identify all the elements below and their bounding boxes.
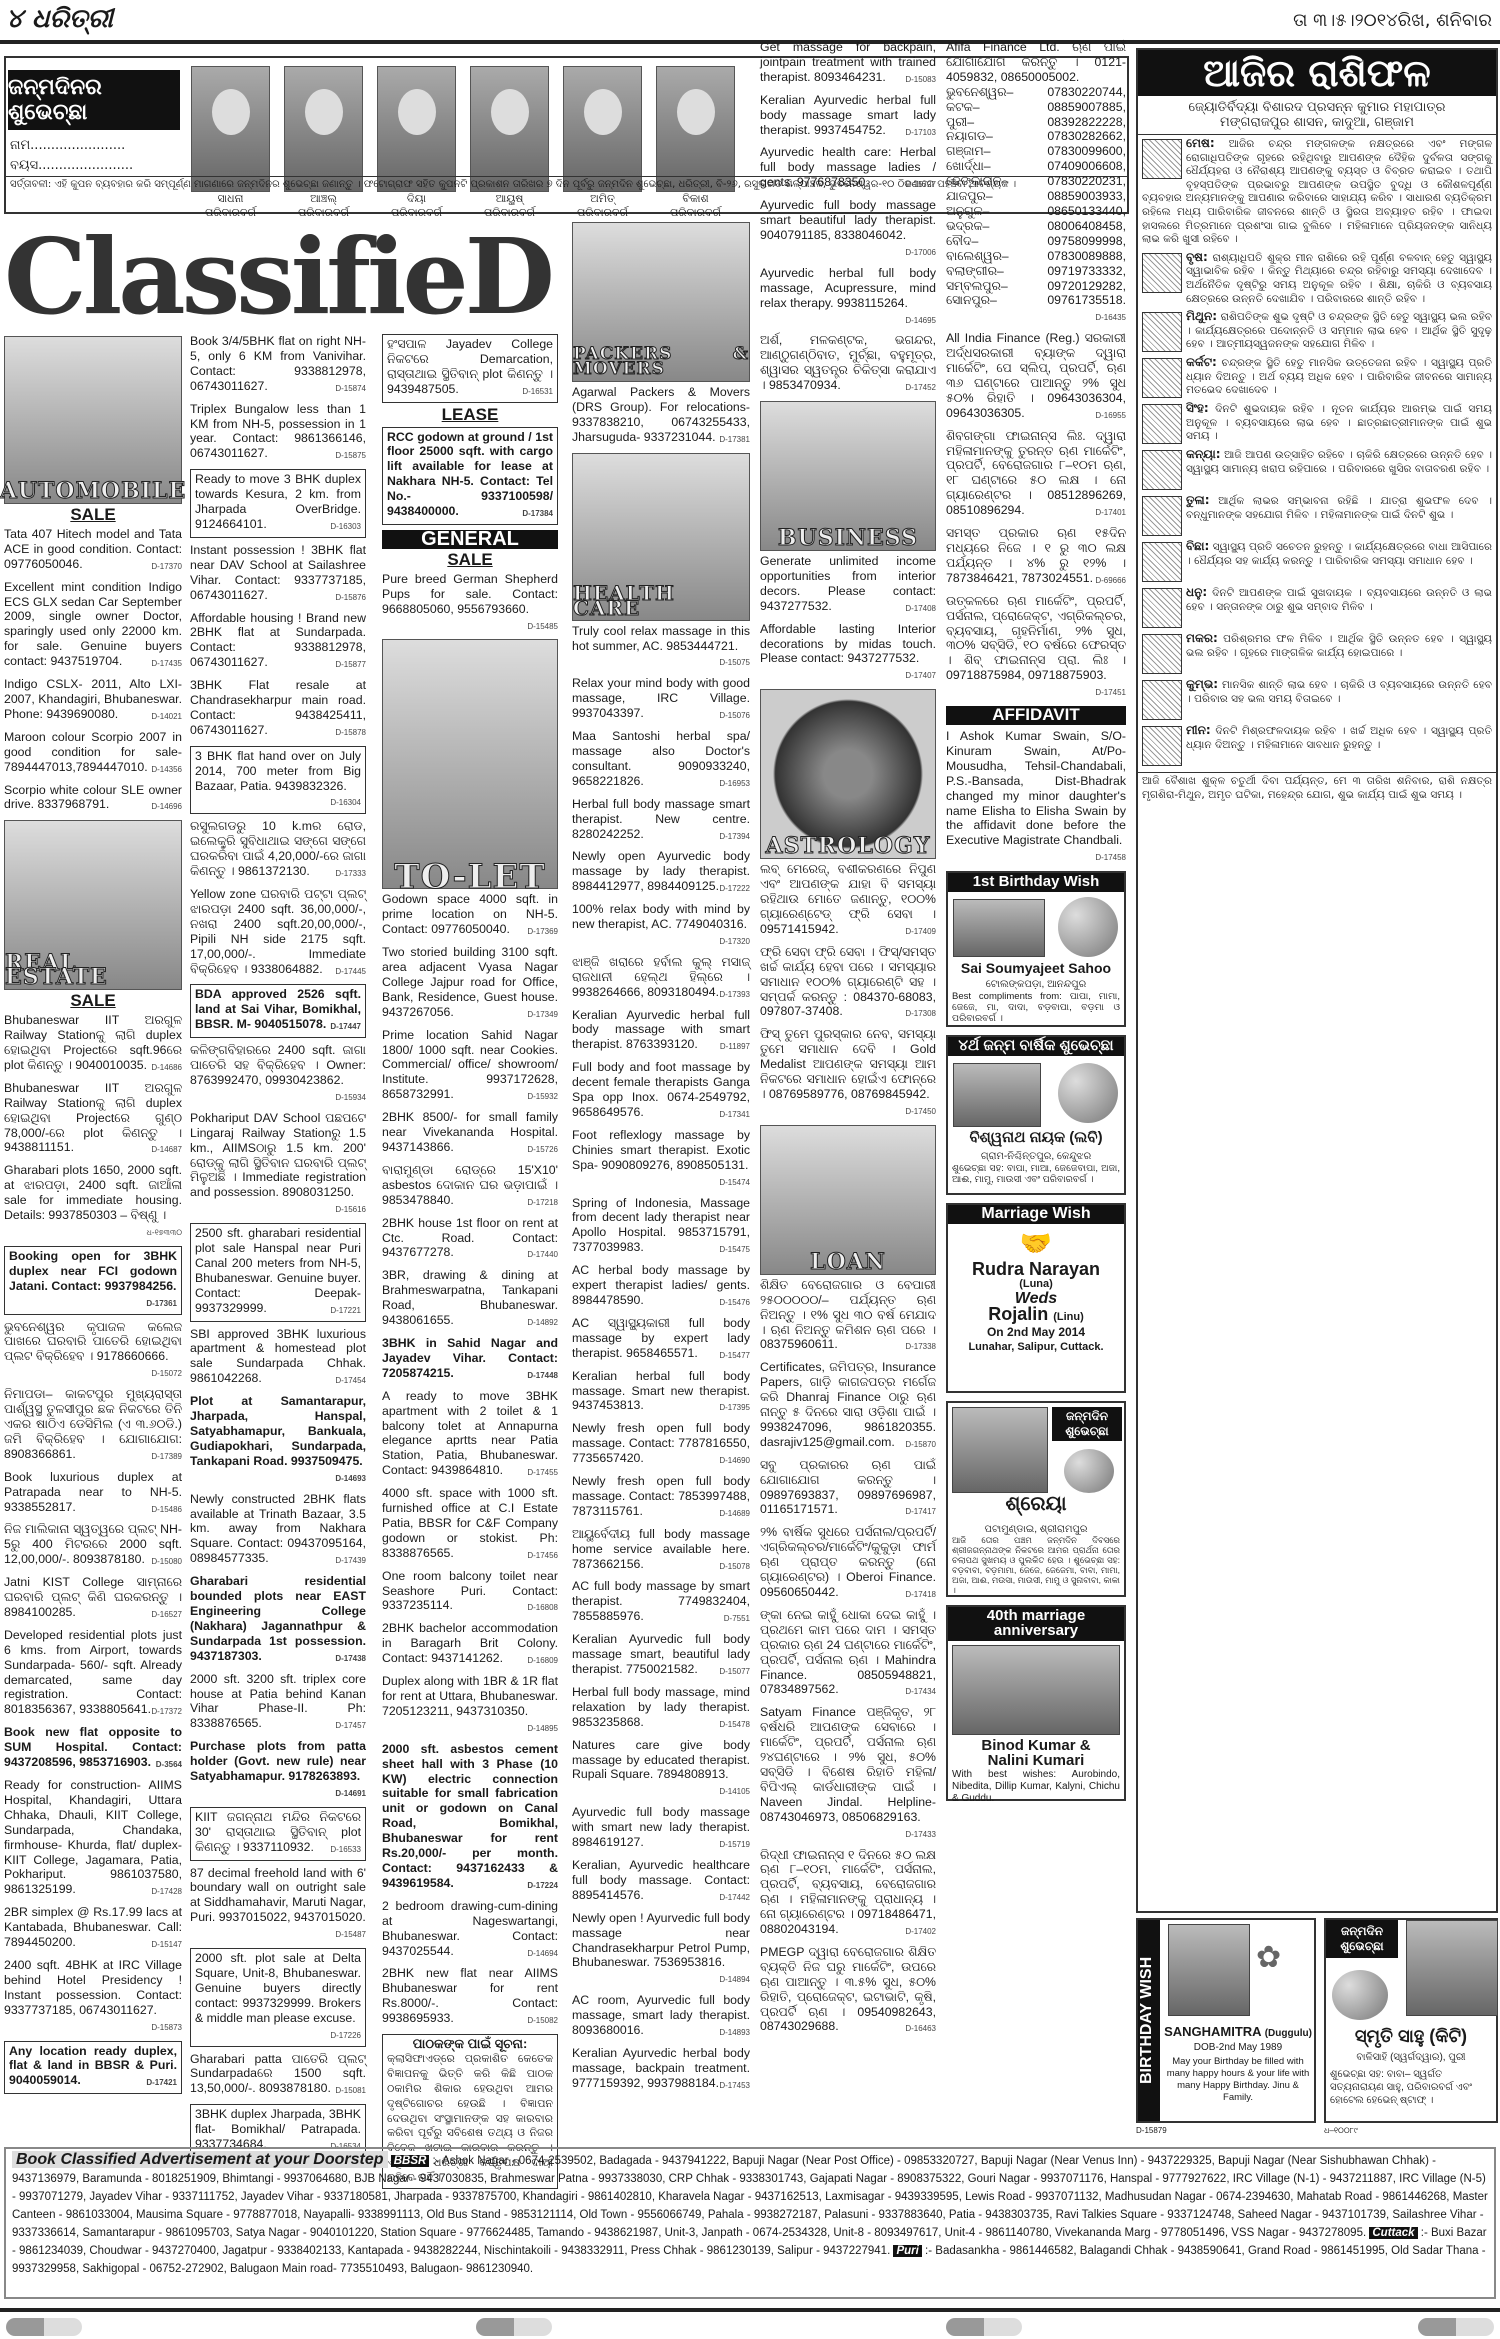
ad-text: ଶିବଗଙ୍ଗା ଫାଇନାନ୍ସ ଲିଃ. ଦ୍ୱାରା ମହିଳାମାନଙ୍… (946, 429, 1126, 518)
classified-ad: PMEGP ଦ୍ୱାରା ବେରୋଜଗାର ଶିକ୍ଷିତ ବ୍ୟକ୍ତି ନି… (760, 1945, 936, 2037)
portrait-photo (377, 66, 456, 192)
ad-id: D-15727 (905, 178, 936, 193)
region-label: BBSR (391, 2155, 430, 2167)
classified-ad: ଅର୍ଶ, ମଳକଣ୍ଟକ, ଭଗନ୍ଦର, ଆଣ୍ଠୁଗଣ୍ଠିବାତ, ମୁ… (760, 333, 936, 396)
classified-ad: Godown space 4000 sqft. in prime locatio… (382, 892, 558, 940)
masthead: ୪ ଧରିତ୍ରୀ ତା ୩।୫।୨୦୧୪ରିଖ, ଶନିବାର (0, 0, 1500, 44)
classified-ad: Foot reflexlogy massage by Chinies smart… (572, 1128, 750, 1191)
ad-id: D-17333 (335, 867, 366, 882)
branch-row: ପୁରୀ–08392822228, (946, 115, 1126, 130)
classified-ad: Ayurvedic herbal full body massage, Acup… (760, 266, 936, 329)
classified-ad: 2BHK house 1st floor on rent at Ctc. Roa… (382, 1216, 558, 1264)
ad-id: D-17361 (146, 1297, 177, 1312)
branch-city: ଭଦ୍ରକ– (946, 219, 989, 234)
classified-ad: 2000 sft. asbestos cement sheet hall wit… (382, 1742, 558, 1894)
ad-id: D-15878 (335, 726, 366, 741)
portrait-photo (563, 66, 642, 192)
ad-id: D-3564 (156, 1758, 182, 1773)
ad-id: D-17402 (905, 1925, 936, 1940)
classified-ad: ସବୁ ପ୍ରକାରର ଋଣ ପାଇଁ ଯୋଗାଯୋଗ କରନ୍ତୁ । 098… (760, 1458, 936, 1521)
ad-id: D-15873 (151, 2021, 182, 2036)
ad-id: D-17341 (719, 1108, 750, 1123)
ad-id: D-17439 (335, 1554, 366, 1569)
column-property: Book 3/4/5BHK flat on right NH-5, only 6… (190, 334, 366, 2163)
classified-ad: ଉତ୍କଳରେ ଋଣ ମାର୍କେଟିଂ, ପ୍ରପର୍ଟି, ପର୍ସନାଲ,… (946, 594, 1126, 701)
ad-text: Satyam Finance ପଞ୍ଜିକୃତ, ୨୮ ବର୍ଷଧରି ଆପଣଙ… (760, 1705, 936, 1823)
zodiac-icon (1142, 634, 1182, 674)
child-photo (1406, 1920, 1498, 2016)
ad-id: D-17409 (905, 925, 936, 940)
child-photo (952, 1407, 1048, 1493)
classified-ad: Gharabari patta ପାତେରି ପ୍ଲଟ୍ Sundarpadaର… (190, 2052, 366, 2100)
classified-ad: କଳିଙ୍ଗବିହାରରେ 2400 sqft. ଜାଗା ପାତେରି ସହ … (190, 1043, 366, 1106)
classified-ad: Natures care give body massage by educat… (572, 1738, 750, 1801)
branch-city: ଯାଜପୁର– (946, 189, 993, 204)
ad-text: Ready for construction- AIIMS Hospital, … (4, 1778, 182, 1896)
classified-ad: ଆୟୁର୍ବେଦୀୟ full body massage home servic… (572, 1527, 750, 1575)
ad-text: Pokhariput DAV School ପଛପଟେ Lingaraj Rai… (190, 1111, 366, 1200)
ad-id: D-11897 (720, 1040, 750, 1055)
ad-id: D-17320 (719, 935, 750, 950)
ad-id: D-17421 (146, 2076, 177, 2091)
classified-ad: Truly cool relax massage in this hot sum… (572, 624, 750, 672)
classified-ad: Pure breed German Shepherd Pups for sale… (382, 572, 558, 635)
zodiac-icon (1142, 542, 1182, 582)
footer-heading: Book Classified Advertisement at your Do… (12, 2151, 388, 2168)
ad-id: D-15934 (335, 1091, 366, 1106)
anniversary-wish: 40th marriage anniversary Binod Kumar & … (946, 1605, 1126, 1801)
ad-id: D-17369 (527, 925, 558, 940)
zodiac-name: ସିଂହ: (1186, 401, 1209, 415)
classified-ad: 2BHK new flat near AIIMS Bhubaneswar for… (382, 1966, 558, 2029)
astrology-banner: ASTROLOGY (760, 689, 936, 859)
classified-ad: 3BHK in Sahid Nagar and Jayadev Vihar. C… (382, 1336, 558, 1384)
classified-ad: ଫ୍ରି ସେବା ଫ୍ରି ସେବା । ଫିସ୍/ସମସ୍ତ ଖର୍ଚ୍ଚ … (760, 945, 936, 1023)
ad-id: D-14695 (905, 314, 936, 329)
classified-ad: ଭୁବନେଶ୍ୱର କୃପାଜଳ କଲେଜ ପାଖରେ ଘରବାରି ପାତେର… (4, 1320, 182, 1383)
branch-phone: 09758099998, (1047, 234, 1126, 249)
branch-city: ସମ୍ବଲପୁର– (946, 279, 1008, 294)
classified-ad: ୨% ବାର୍ଷିକ ସୁଧରେ ପର୍ସନାଲ/ପ୍ରପର୍ଟି/ ଏଗ୍ରି… (760, 1525, 936, 1603)
branch-city: ବୌଦ– (946, 234, 978, 249)
portrait-photo (191, 66, 270, 192)
ad-text: କଳିଙ୍ଗବିହାରରେ 2400 sqft. ଜାଗା ପାତେରି ସହ … (190, 1043, 366, 1087)
balloons-icon (1332, 1970, 1388, 2020)
zodiac-name: ମକର: (1186, 631, 1218, 645)
branch-city: କଟକ– (946, 100, 980, 115)
ad-id: D-15877 (335, 658, 366, 673)
ad-id: D-15486 (151, 1503, 182, 1518)
ad-text: Gharabari residential bounded plots near… (190, 1574, 366, 1663)
zodiac-name: କର୍କଟ: (1186, 355, 1217, 369)
panchanga-note: ଆଜି ବୈଶାଖ ଶୁକ୍ଳ ଚତୁର୍ଥୀ ଦିବା ପର୍ଯ୍ୟନ୍ତ, … (1138, 772, 1496, 804)
column-finance-wishes: Afifa Finance Ltd. ଋଣ ପାଇଁ ଯୋଗାଯୋଗ କରନ୍ତ… (946, 40, 1126, 1809)
column-lease-general: ହଂସପାଳ Jayadev College ନିକଟରେ Demarcatio… (382, 334, 558, 2189)
ad-text: 100% relax body with mind by new therapi… (572, 902, 750, 931)
child-photo (953, 899, 1045, 957)
classified-ad: Ayurvedic full body massage smart beauti… (760, 198, 936, 261)
classified-ad: Excellent mint condition Indigo ECS GLX … (4, 580, 182, 672)
side-label: BIRTHDAY WISH (1138, 1920, 1160, 2121)
banner-label: LOAN (810, 1255, 886, 1270)
classified-ad: 2BHK bachelor accommodation in Baragarh … (382, 1621, 558, 1669)
branch-row: ବଲାଙ୍ଗୀର–09719733332, (946, 264, 1126, 279)
ad-id: D-17457 (335, 1719, 366, 1734)
ad-id: D-7551 (724, 1612, 750, 1627)
ad-id: D-17445 (335, 965, 366, 980)
ad-id: D-15082 (527, 2014, 558, 2029)
classified-ad: Prime location Sahid Nagar 1800/ 1000 sq… (382, 1028, 558, 1106)
ad-id: D-17308 (905, 1007, 936, 1022)
classified-ad: Book luxurious duplex at Patrapada near … (4, 1470, 182, 1518)
zodiac-entry: ମେଷ: ଆଜିର ଚନ୍ଦ୍ର ମଙ୍ଗଳଙ୍କ ନକ୍ଷତ୍ରରେ ଏବଂ … (1138, 135, 1496, 249)
ad-id: D-17006 (905, 246, 936, 261)
zodiac-icon (1142, 253, 1182, 293)
branch-row: ଅନୁଗୁଳ–08650133440, (946, 204, 1126, 219)
section-heading: SALE (4, 994, 182, 1009)
classified-ad: Newly fresh open full body massage. Cont… (572, 1421, 750, 1469)
classified-ad: 2BR simplex @ Rs.17.99 lacs at Kantabada… (4, 1905, 182, 1953)
banner-label: PACKERS & MOVERS (573, 347, 749, 377)
ad-text: All India Finance (Reg.) ସରକାରୀ ଅର୍ଦ୍ଧସର… (946, 331, 1126, 420)
ad-list: ଲବ୍ ମେରେଜ୍, ବଶୀକରଣରେ ନିପୁଣ ଏବଂ ଆପଣଙ୍କ ଯା… (760, 862, 936, 1120)
ad-id: D-17381 (719, 433, 750, 448)
classified-ad: 3BR, drawing & dining at Brahmeswarpatna… (382, 1268, 558, 1331)
page-label: ୪ ଧରିତ୍ରୀ (6, 4, 113, 35)
zodiac-text: ରାଶିପତିଙ୍କ ଶୁଭ ଦୃଷ୍ଟି ଓ ଚନ୍ଦ୍ରଙ୍କ ସ୍ଥିତି… (1186, 311, 1492, 350)
ad-id: D-14689 (719, 1507, 750, 1522)
classified-ad: ଶିକ୍ଷିତ ବେରୋଜଗାର ଓ ବେପାରୀ ୨୫୦୦୦୦୦/– ପର୍ଯ… (760, 1278, 936, 1356)
classified-ad: Affordable housing ! Brand new 2BHK flat… (190, 611, 366, 674)
branch-phone: 07409006608, (1047, 159, 1126, 174)
notice-title: ପାଠକଙ୍କ ପାଇଁ ସୂଚନା: (387, 2037, 553, 2052)
shreya-birthday-wish: ଜନ୍ମଦିନ ଶୁଭେଚ୍ଛା ଶ୍ରେୟା ପଟାମୁଣ୍ଡାଇ, ଶ୍ରୀ… (946, 1401, 1126, 1597)
smruti-birthday-wish: ଜନ୍ମଦିନ ଶୁଭେଚ୍ଛା ସ୍ମୃତି ସାହୁ (କିଟି) ବାଳି… (1324, 1918, 1498, 2123)
ad-list: Bhubaneswar IIT ଅରଗୁଳ Railway Stationକୁ … (4, 1013, 182, 2094)
ad-text: Excellent mint condition Indigo ECS GLX … (4, 580, 182, 669)
branch-phone: 08859007885, (1047, 100, 1126, 115)
health-care-banner: HEALTH CARE (572, 453, 750, 621)
classified-ad: SBI approved 3BHK luxurious apartment & … (190, 1327, 366, 1390)
classified-ad: ହଂସପାଳ Jayadev College ନିକଟରେ Demarcatio… (382, 334, 558, 403)
classified-ad: ଝାଞ୍ଜି ଖରାରେ ହର୍ବାଲ କୁଲ୍ ମସାଜ୍ ରାଜଧାନୀ ହ… (572, 955, 750, 1003)
zodiac-entry: ମିଥୁନ: ରାଶିପତିଙ୍କ ଶୁଭ ଦୃଷ୍ଟି ଓ ଚନ୍ଦ୍ରଙ୍କ… (1138, 308, 1496, 354)
classified-ad: Book new flat opposite to SUM Hospital. … (4, 1725, 182, 1773)
ad-id: D-17440 (527, 1248, 558, 1263)
branch-row: ଭଦ୍ରକ–08006408458, (946, 219, 1126, 234)
classified-ad: One room balcony toilet near Seashore Pu… (382, 1569, 558, 1617)
ad-id: D-14356 (151, 763, 182, 778)
branch-city: ପୁରୀ– (946, 115, 974, 130)
wish-name: Sai Soumyajeet Sahoo (948, 961, 1124, 976)
classified-ad: KIIT ଜଗନ୍ନାଥ ମନ୍ଦିର ନିକଟରେ 30' ରାସ୍ତାଥାଇ… (190, 1807, 366, 1861)
ad-text: ଙ୍କା ନେଇ କାହୁଁ ଧୋକା ଦେଇ କାହୁଁ । ପ୍ରଥମେ କ… (760, 1608, 936, 1697)
wish-heading: Marriage Wish (948, 1205, 1124, 1224)
ad-id: D-17389 (151, 1450, 182, 1465)
ad-id: D-15076 (719, 709, 750, 724)
packers-movers-banner: PACKERS & MOVERS (572, 222, 750, 382)
balloons-icon (1058, 1063, 1118, 1123)
ad-list: Agarwal Packers & Movers (DRS Group). Fo… (572, 385, 750, 448)
classified-ad: Booking open for 3BHK duplex near FCI go… (4, 1246, 182, 1315)
zodiac-text: ଦିନଟି ଆପଣଙ୍କ ପାଇଁ ସୁଖଦାୟକ । ବ୍ୟବସାୟରେ ଉନ… (1186, 587, 1492, 613)
ad-list: Godown space 4000 sqft. in prime locatio… (382, 892, 558, 2029)
ad-text: ଫିସ୍ ତୁମେ ପୁରସ୍କାର ନେବ, ସମସ୍ୟା ତୁମେ ସମାଧ… (760, 1027, 936, 1101)
ad-id: D-15083 (905, 73, 936, 88)
ad-id: D-16527 (151, 1608, 182, 1623)
ad-id: D-14105 (719, 1785, 750, 1800)
ad-id: D-17395 (719, 1401, 750, 1416)
zodiac-icon (1142, 726, 1182, 766)
ad-id: D-17417 (905, 1505, 936, 1520)
ad-id: D-15072 (151, 1367, 182, 1382)
zodiac-entry: ତୁଳା: ଆର୍ଥିକ ଲାଭର ସମ୍ଭାବନା ରହିଛି । ଯାତ୍ର… (1138, 492, 1496, 538)
banner-label: REAL ESTATE (5, 956, 181, 986)
classified-ad: RCC godown at ground / 1st floor 25000 s… (382, 427, 558, 525)
ad-id: D-17401 (1095, 506, 1126, 521)
zodiac-icon (1142, 404, 1182, 444)
classified-ad: Book 3/4/5BHK flat on right NH-5, only 6… (190, 334, 366, 397)
ad-id: D-15487 (335, 1928, 366, 1943)
couple-photo (952, 1645, 1120, 1735)
ad-list: RCC godown at ground / 1st floor 25000 s… (382, 427, 558, 525)
astrologer-byline: ଜ୍ୟୋତିର୍ବିଦ୍ୟା ବିଶାରଦ ପ୍ରସନ୍ନ କୁମାର ମହାପ… (1138, 96, 1496, 135)
ad-text: Ayurvedic herbal full body massage, Acup… (760, 266, 936, 310)
handshake-icon: 🤝 (948, 1224, 1124, 1262)
ad-text: PMEGP ଦ୍ୱାରା ବେରୋଜଗାର ଶିକ୍ଷିତ ବ୍ୟକ୍ତି ନି… (760, 1945, 936, 2034)
ad-id: D-17450 (905, 1105, 936, 1120)
ad-id: D-17442 (719, 1891, 750, 1906)
wish-message: With best wishes: Aurobindo, Nibedita, D… (948, 1769, 1124, 1805)
zodiac-entry: ମୀନ: ଦିନଟି ମିଶ୍ରଫଳଦାୟକ ରହିବ । ଖର୍ଚ୍ଚ ଅଧି… (1138, 722, 1496, 768)
zodiac-name: ମେଷ: (1186, 136, 1215, 150)
zodiac-text: ମାନସିକ ଶାନ୍ତି ଲାଭ ହେବ । ଚାକିରି ଓ ବ୍ୟବସାୟ… (1186, 679, 1492, 705)
ad-text: Pure breed German Shepherd Pups for sale… (382, 572, 558, 616)
wish-name: SANGHAMITRA (1164, 2024, 1261, 2039)
classified-ad: Maa Santoshi herbal spa/ massage also Do… (572, 729, 750, 792)
ad-text: Ayurvedic full body massage smart beauti… (760, 198, 936, 242)
zodiac-text: ଆଜି ଆପଣ ଉତ୍ସାହିତ ରହିବେ । ଚାକିରି କ୍ଷେତ୍ରର… (1186, 449, 1492, 475)
section-heading: SALE (382, 553, 558, 568)
ad-id: D-17447 (330, 1020, 361, 1035)
zodiac-icon (1142, 312, 1182, 352)
wedding-date: On 2nd May 2014 (948, 1325, 1124, 1340)
wish-message: ଆଜି ତୋର ପଞ୍ଚମ ଜନ୍ମଦିନ ଦିବସରେ ଶ୍ରୀଜଗନ୍ନାଥ… (952, 1535, 1120, 1595)
ad-text: 2000 sft. plot sale at Delta Square, Uni… (195, 1951, 361, 2025)
wish-heading: ୪ର୍ଥ ଜନ୍ମ ବାର୍ଷିକ ଶୁଭେଚ୍ଛା (948, 1037, 1124, 1056)
branch-phone: 07830099600, (1047, 144, 1126, 159)
classified-ad: 2500 sft. gharabari residential plot sal… (190, 1223, 366, 1321)
region-label: Puri (893, 2245, 921, 2257)
ad-id: D-17103 (905, 126, 936, 141)
zodiac-entry: ବିଛା: ସ୍ୱାସ୍ଥ୍ୟ ପ୍ରତି ସଚେତନ ରୁହନ୍ତୁ । କା… (1138, 538, 1496, 584)
classified-ad: ସମସ୍ତ ପ୍ରକାର ଋଣ ୧୫ଦିନ ମଧ୍ୟରେ ନିଜେ । ୧ ରୁ… (946, 526, 1126, 589)
ad-id: D-17393 (719, 988, 750, 1003)
classified-ad: Keralian Ayurvedic herbal full body mass… (572, 1008, 750, 1056)
ad-text: Affordable lasting Interior decorations … (760, 622, 936, 666)
ad-text: ଭୁବନେଶ୍ୱର କୃପାଜଳ କଲେଜ ପାଖରେ ଘରବାରି ପାତେର… (4, 1320, 182, 1364)
ad-id: D-14894 (719, 1973, 750, 1988)
finance-intro: Afifa Finance Ltd. ଋଣ ପାଇଁ ଯୋଗାଯୋଗ କରନ୍ତ… (946, 40, 1126, 85)
classified-ad: Certificates, ଜମିପତ୍ର, Insurance Papers,… (760, 1360, 936, 1452)
portrait-photo (656, 66, 735, 192)
ad-id: D-17384 (522, 507, 553, 522)
classified-ad: Yellow zone ଘରବାରି ପଟ୍ଟା ପ୍ଲଟ୍ ଝାରପଡ଼ା 2… (190, 887, 366, 979)
zodiac-text: ଆଜିର ଚନ୍ଦ୍ର ମଙ୍ଗଳଙ୍କ ନକ୍ଷତ୍ରରେ ଏବଂ ମଙ୍ଗଳ… (1142, 138, 1492, 245)
ad-id: D-17428 (151, 1885, 182, 1900)
zodiac-entry: ବୃଷ: ରାଶ୍ୟାଧିପତି ଶୁକ୍ର ମୀନ ରାଶିରେ ରହି ପୂ… (1138, 249, 1496, 308)
banner-label: TO-LET (394, 870, 545, 885)
classified-ad: Duplex along with 1BR & 1R flat for rent… (382, 1674, 558, 1737)
classified-ad: ଲବ୍ ମେରେଜ୍, ବଶୀକରଣରେ ନିପୁଣ ଏବଂ ଆପଣଙ୍କ ଯା… (760, 862, 936, 940)
ad-id: D-17221 (330, 1304, 361, 1319)
classified-ad: Herbal full body massage, mind relaxatio… (572, 1685, 750, 1733)
ad-id: D-17451 (1095, 686, 1126, 701)
ad-list: Tata 407 Hitech model and Tata ACE in go… (4, 527, 182, 815)
branch-phone: 08650133440, (1047, 204, 1126, 219)
classified-ad: 2400 sqft. 4BHK at IRC Village behind Ho… (4, 1958, 182, 2036)
ad-id: D-15080 (151, 1555, 182, 1570)
loan-banner: LOAN (760, 1125, 936, 1275)
classified-ad: Keralian herbal full body massage. Smart… (572, 1369, 750, 1417)
classified-ad: Keralian Ayurvedic herbal full body mass… (760, 93, 936, 141)
ad-text: Yellow zone ଘରବାରି ପଟ୍ଟା ପ୍ଲଟ୍ ଝାରପଡ଼ା 2… (190, 887, 366, 976)
ad-id: D-14686 (151, 1061, 182, 1076)
classified-ad: AC herbal body massage by expert therapi… (572, 1263, 750, 1311)
wish-message: ଶୁଭେଚ୍ଛା ସହ: ବାପା, ମାଆ, ଜେଜେବାପା, ଅଜା, ଆ… (952, 1163, 1120, 1185)
ad-id: D-15147 (151, 1938, 182, 1953)
ad-id: D-15726 (527, 1143, 558, 1158)
ad-text: Truly cool relax massage in this hot sum… (572, 624, 750, 653)
affidavit-heading: AFFIDAVIT (946, 706, 1126, 725)
marriage-wish: Marriage Wish 🤝 Rudra Narayan (Luna) Wed… (946, 1203, 1126, 1393)
column-business-astro-loan: Get massage for backpain, jointpain trea… (760, 40, 936, 2042)
balloons-icon (1058, 897, 1118, 957)
ad-id: D-17456 (527, 1549, 558, 1564)
zodiac-name: ବିଛା: (1186, 539, 1209, 553)
classified-ad: Gharabari residential bounded plots near… (190, 1574, 366, 1666)
ad-id: D-17224 (527, 1879, 558, 1894)
wish-name: ଶ୍ରେୟା (948, 1497, 1124, 1512)
wish-message: ଶୁଭେଚ୍ଛା ସହ: ବାବା– ସ୍ୱର୍ଗତ ସତ୍ୟନାରାୟଣ ସା… (1330, 2068, 1492, 2107)
branch-phone: 08006408458, (1047, 219, 1126, 234)
ad-id: D-15477 (719, 1349, 750, 1364)
branch-list: ଭୁବନେଶ୍ୱର–07830220744,କଟକ–08859007885,ପୁ… (946, 85, 1126, 309)
name-field: ନାମ....................... (10, 138, 125, 153)
ad-text: Duplex along with 1BR & 1R flat for rent… (382, 1674, 558, 1718)
astrologer-name: ଜ୍ୟୋତିର୍ବିଦ୍ୟା ବିଶାରଦ ପ୍ରସନ୍ନ କୁମାର ମହାପ… (1142, 100, 1492, 115)
ad-id: D-17338 (905, 1340, 936, 1355)
classified-ad: Instant possession ! 3BHK flat near DAV … (190, 543, 366, 606)
ad-list: Pure breed German Shepherd Pups for sale… (382, 572, 558, 635)
portrait-photo (284, 66, 363, 192)
ad-id: D-14694 (527, 1947, 558, 1962)
classified-ad: 2000 sft. 3200 sft. triplex core house a… (190, 1672, 366, 1735)
ad-id: D-14893 (719, 2026, 750, 2041)
ad-text: 3 BHK flat hand over on July 2014, 700 m… (195, 749, 361, 793)
classified-ad: 4000 sft. space with 1000 sft. furnished… (382, 1486, 558, 1564)
ad-id: D-17226 (330, 2029, 361, 2044)
ad-id: D-15485 (527, 620, 558, 635)
classified-ad: ନିମାପଡା– କାକଟପୁର ମୁଖ୍ୟରାସ୍ତା ପାର୍ଶ୍ୱସ୍ଥ … (4, 1387, 182, 1465)
zodiac-entry: କର୍କଟ: ଚନ୍ଦ୍ରଙ୍କ ସ୍ଥିତି ହେତୁ ମାନସିକ ଉତ୍ତ… (1138, 354, 1496, 400)
classified-ad: 100% relax body with mind by new therapi… (572, 902, 750, 950)
ad-id: D-17448 (527, 1369, 558, 1384)
zodiac-name: ଧନୁ: (1186, 585, 1207, 599)
classified-ad: Indigo CSLX- 2011, Alto LXI-2007, Khanda… (4, 677, 182, 725)
classified-ad: 3 BHK flat hand over on July 2014, 700 m… (190, 746, 366, 815)
zodiac-icon (1142, 496, 1182, 536)
ad-id: D-69666 (1095, 574, 1126, 589)
ad-id: D-17394 (719, 830, 750, 845)
sanghamitra-birthday-wish: BIRTHDAY WISH ✿ SANGHAMITRA (Duggulu) DO… (1136, 1918, 1316, 2123)
portrait-photo (1168, 1924, 1250, 2016)
classified-ad: Spring of Indonesia, Massage from decent… (572, 1196, 750, 1259)
classified-ad: Newly fresh open full body massage. Cont… (572, 1474, 750, 1522)
branch-city: ଖୋର୍ଦ୍ଧା– (946, 159, 991, 174)
classified-ad: ଫିସ୍ ତୁମେ ପୁରସ୍କାର ନେବ, ସମସ୍ୟା ତୁମେ ସମାଧ… (760, 1027, 936, 1119)
classified-ad: Developed residential plots just 6 kms. … (4, 1628, 182, 1720)
groom-name: Rudra Narayan (948, 1262, 1124, 1277)
ad-text: Certificates, ଜମିପତ୍ର, Insurance Papers,… (760, 1360, 936, 1449)
ad-id: D-16463 (905, 2022, 936, 2037)
ad-id: D-15875 (335, 449, 366, 464)
classified-ad: Affordable lasting Interior decorations … (760, 622, 936, 685)
classified-ad: Jatni KIST College ସାମ୍ନାରେ ଘରବାରି ପ୍ଲଟ୍… (4, 1575, 182, 1623)
classified-ad: ରସୁଲଗଡରୁ 10 k.mର ରୋଡ, ଇଲେକ୍ଟ୍ରି ସୁବିଧାଥା… (190, 819, 366, 882)
ad-id: D-17433 (905, 1828, 936, 1843)
ad-list: ହଂସପାଳ Jayadev College ନିକଟରେ Demarcatio… (382, 334, 558, 403)
ad-text: Newly open ! Ayurvedic full body massage… (572, 1911, 750, 1970)
classified-ad: Ready to move 3 BHK duplex towards Kesur… (190, 469, 366, 538)
zodiac-name: ମୀନ: (1186, 723, 1211, 737)
zodiac-name: ବୃଷ: (1186, 250, 1208, 264)
ad-id: D-15075 (719, 656, 750, 671)
ad-text: Plot at Samantarapur, Jharpada, Hanspal,… (190, 1394, 366, 1468)
classified-logo: ClassifieD (4, 222, 564, 332)
ad-id: D-17452 (905, 381, 936, 396)
ad-id: D-14693 (335, 1472, 366, 1487)
classified-ad: 2 bedroom drawing-cum-dining at Nageswar… (382, 1899, 558, 1962)
child-photo (953, 1063, 1041, 1127)
branch-row: ସୋନପୁର–09761735518. (946, 293, 1126, 308)
zodiac-text: ସ୍ୱାସ୍ଥ୍ୟ ପ୍ରତି ସଚେତନ ରୁହନ୍ତୁ । କାର୍ଯ୍ୟକ… (1186, 541, 1492, 567)
classified-ad: BDA approved 2526 sqft. land at Sai Viha… (190, 984, 366, 1038)
wish-heading: 1st Birthday Wish (948, 873, 1124, 892)
ad-id: D-15474 (719, 1176, 750, 1191)
classified-ad: Generate unlimited income opportunities … (760, 554, 936, 617)
wish-heading: 40th marriage anniversary (948, 1607, 1124, 1641)
ad-id: D-16955 (1095, 409, 1126, 424)
real-estate-banner: REAL ESTATE (4, 820, 182, 990)
branch-phone: 08859003933, (1047, 189, 1126, 204)
classified-ad: 3BHK Flat resale at Chandrasekharpur mai… (190, 678, 366, 741)
zodiac-text: ଚନ୍ଦ୍ରଙ୍କ ସ୍ଥିତି ହେତୁ ମାନସିକ ଉତ୍ତେଜନା ରହ… (1186, 357, 1492, 396)
zodiac-entry: କୁମ୍ଭ: ମାନସିକ ଶାନ୍ତି ଲାଭ ହେବ । ଚାକିରି ଓ … (1138, 676, 1496, 722)
classified-ad: Relax your mind body with good massage, … (572, 676, 750, 724)
ad-text: ଉତ୍କଳରେ ଋଣ ମାର୍କେଟିଂ, ପ୍ରପର୍ଟି, ପର୍ସନାଲ,… (946, 594, 1126, 683)
ad-list: All India Finance (Reg.) ସରକାରୀ ଅର୍ଦ୍ଧସର… (946, 331, 1126, 701)
classified-ad: Newly constructed 2BHK flats available a… (190, 1492, 366, 1570)
couple-name-2: Nalini Kumari (948, 1754, 1124, 1769)
ad-id: D-15476 (719, 1296, 750, 1311)
classified-ad: Keralian Ayurvedic full body massage sma… (572, 1632, 750, 1680)
ad-id: D-17370 (151, 560, 182, 575)
classified-ad: Bhubaneswar IIT ଅରଗୁଳ Railway Stationକୁ … (4, 1013, 182, 1076)
ad-id: D-14696 (151, 800, 182, 815)
ad-text: RCC godown at ground / 1st floor 25000 s… (387, 430, 553, 519)
classified-ad: Maroon colour Scorpio 2007 in good condi… (4, 730, 182, 778)
